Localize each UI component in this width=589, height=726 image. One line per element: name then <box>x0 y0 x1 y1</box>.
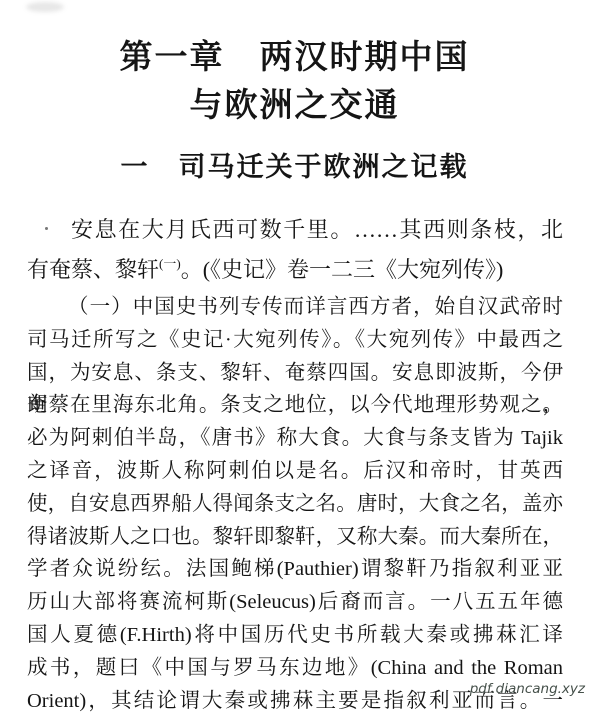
chapter-title-line1: 第一章 两汉时期中国 <box>0 34 589 82</box>
note-line: 国人夏德(F.Hirth)将中国历代史书所载大秦或拂菻汇译 <box>27 619 563 652</box>
note-line: 司马迁所写之《史记·大宛列传》。《大宛列传》中最西之 <box>27 324 563 357</box>
note-line: 之译音，波斯人称阿剌伯以是名。后汉和帝时，甘英西 <box>27 455 563 488</box>
quote-line-2-source: 。(《史记》卷一二三《大宛列传》) <box>181 257 504 282</box>
chapter-title-line2: 与欧洲之交通 <box>0 82 589 130</box>
note-line: 学者众说纷纭。法国鲍梯(Pauthier)谓黎靬乃指叙利亚亚 <box>27 553 563 586</box>
chapter-title: 第一章 两汉时期中国 与欧洲之交通 <box>0 34 589 130</box>
note-line: 历山大部将赛流柯斯(Seleucus)后裔而言。一八五五年德 <box>27 586 563 619</box>
pdf-watermark: pdf.diancang.xyz <box>470 681 585 697</box>
quote-line-2: 有奄蔡、黎轩(一)。(《史记》卷一二三《大宛列传》) <box>27 247 563 287</box>
note-line: 必为阿剌伯半岛，《唐书》称大食。大食与条支皆为 Tajik <box>27 422 563 455</box>
scan-smudge-artifact <box>26 2 64 12</box>
note-line: （一）中国史书列专传而详言西方者，始自汉武帝时 <box>27 291 563 324</box>
note-line: 得诸波斯人之口也。黎轩即黎靬，又称大秦。而大秦所在， <box>27 521 563 554</box>
quote-line-2-text: 有奄蔡、黎轩 <box>27 257 159 282</box>
note-paragraph: （一）中国史书列专传而详言西方者，始自汉武帝时 司马迁所写之《史记·大宛列传》。… <box>27 291 563 717</box>
note-line: 使，自安息西界船人得闻条支之名。唐时，大食之名，盖亦 <box>27 488 563 521</box>
quote-line-1: 安息在大月氏西可数千里。……其西则条枝，北 <box>27 213 563 247</box>
note-line: 成书，题曰《中国与罗马东边地》(China and the Roman <box>27 652 563 685</box>
note-line: 奄蔡在里海东北角。条支之地位，以今代地理形势观之， <box>27 389 563 422</box>
footnote-marker: (一) <box>159 256 181 271</box>
book-page: 第一章 两汉时期中国 与欧洲之交通 一 司马迁关于欧洲之记载 安息在大月氏西可数… <box>0 0 589 726</box>
quote-paragraph: 安息在大月氏西可数千里。……其西则条枝，北 有奄蔡、黎轩(一)。(《史记》卷一二… <box>27 213 563 287</box>
section-heading: 一 司马迁关于欧洲之记载 <box>0 150 589 184</box>
note-line: 国，为安息、条支、黎轩、奄蔡四国。安息即波斯，今伊朗。 <box>27 357 563 390</box>
